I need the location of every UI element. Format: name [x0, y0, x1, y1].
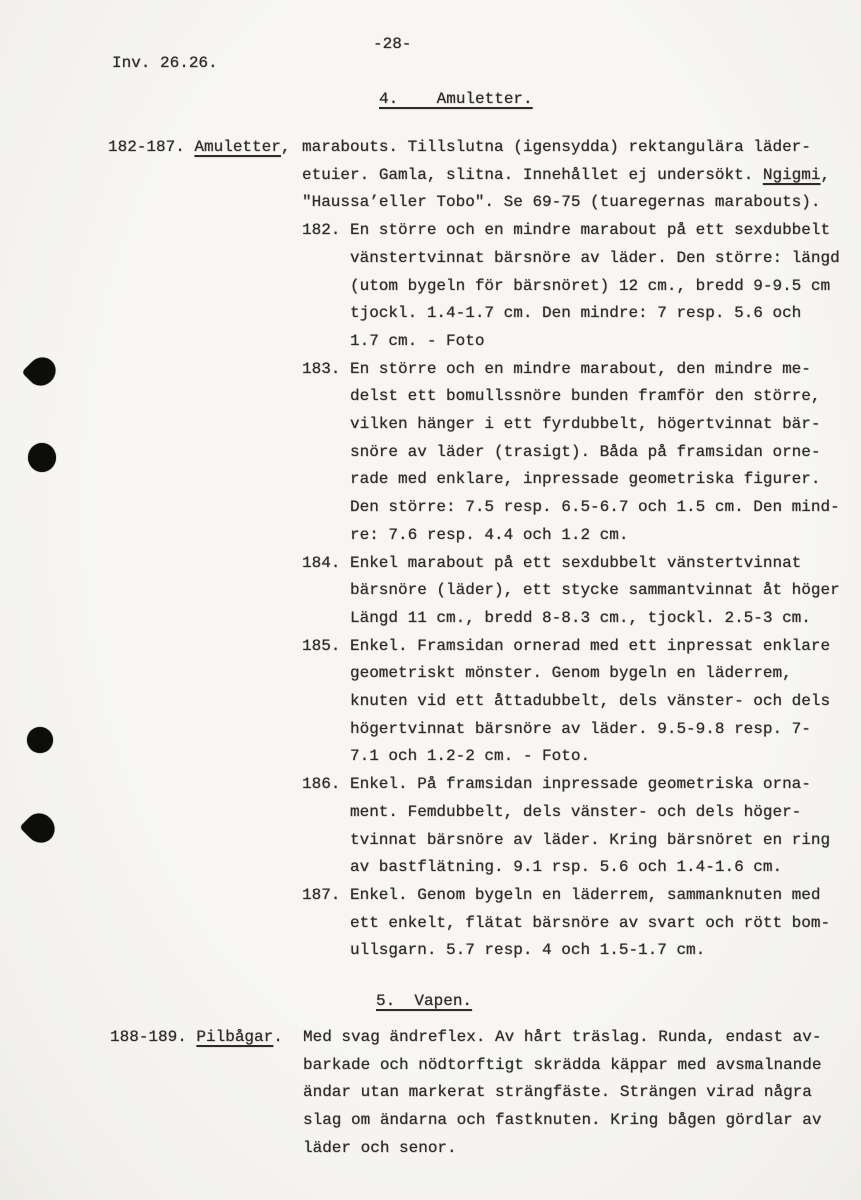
entry-line: barkade och nödtorftigt skrädda käppar m…	[303, 1052, 851, 1080]
entry-label-amuletter: 182-187. Amuletter,	[108, 134, 290, 162]
item-line: 1.7 cm. - Foto	[350, 328, 850, 356]
entry-line: slag om ändarna och fastknuten. Kring bå…	[303, 1107, 851, 1135]
item-line: bärsnöre (läder), ett stycke sammantvinn…	[350, 577, 850, 605]
item-line: re: 7.6 resp. 4.4 och 1.2 cm.	[350, 522, 850, 550]
item-line: tjockl. 1.4-1.7 cm. Den mindre: 7 resp. …	[350, 300, 850, 328]
catalog-text-vapen: Med svag ändreflex. Av hårt träslag. Run…	[303, 1024, 851, 1163]
item-line: Enkel. Genom bygeln en läderrem, sammank…	[350, 882, 850, 910]
item-line: av bastflätning. 9.1 rsp. 5.6 och 1.4-1.…	[350, 854, 850, 882]
punch-hole	[19, 807, 60, 848]
catalog-item: 182.En större och en mindre marabout på …	[302, 217, 850, 356]
item-line: Enkel marabout på ett sexdubbelt vänster…	[350, 550, 850, 578]
item-line: En större och en mindre marabout, den mi…	[350, 356, 850, 384]
section-heading-vapen: 5. Vapen.	[376, 988, 472, 1016]
item-line: snöre av läder (trasigt). Båda på framsi…	[350, 439, 850, 467]
item-line: ullsgarn. 5.7 resp. 4 och 1.5-1.7 cm.	[350, 937, 850, 965]
item-line: vilken hänger i ett fyrdubbelt, högertvi…	[350, 411, 850, 439]
item-number: 186.	[302, 771, 340, 799]
inventory-label: Inv. 26.26.	[112, 50, 218, 78]
punch-hole	[22, 352, 62, 392]
entry-ref: 182-187.	[108, 138, 185, 156]
intro-line: etuier. Gamla, slitna. Innehållet ej und…	[302, 162, 850, 190]
item-line: Enkel. På framsidan inpressade geometris…	[350, 771, 850, 799]
catalog-item: 185.Enkel. Framsidan ornerad med ett inp…	[302, 633, 850, 772]
entry-label-pilbagar: 188-189. Pilbågar.	[110, 1024, 283, 1052]
item-line: ett enkelt, flätat bärsnöre av svart och…	[350, 910, 850, 938]
item-line: vänstertvinnat bärsnöre av läder. Den st…	[350, 245, 850, 273]
catalog-item: 187.Enkel. Genom bygeln en läderrem, sam…	[302, 882, 850, 965]
intro-line: marabouts. Tillslutna (igensydda) rektan…	[302, 134, 850, 162]
item-line: En större och en mindre marabout på ett …	[350, 217, 850, 245]
catalog-item: 183.En större och en mindre marabout, de…	[302, 356, 850, 550]
item-line: Den större: 7.5 resp. 6.5-6.7 och 1.5 cm…	[350, 494, 850, 522]
item-line: knuten vid ett åttadubbelt, dels vänster…	[350, 688, 850, 716]
item-line: Enkel. Framsidan ornerad med ett inpress…	[350, 633, 850, 661]
entry-line: läder och senor.	[303, 1135, 851, 1163]
entry-line: ändar utan markerat strängfäste. Stränge…	[303, 1079, 851, 1107]
item-line: rade med enklare, inpressade geometriska…	[350, 466, 850, 494]
section-heading-amuletter: 4. Amuletter.	[379, 86, 533, 114]
intro-line-text: ,	[820, 166, 830, 184]
punch-hole	[28, 443, 56, 472]
spacer	[185, 138, 195, 156]
item-line: geometriskt mönster. Genom bygeln en läd…	[350, 660, 850, 688]
entry-word: Pilbågar	[196, 1028, 273, 1046]
entry-line: Med svag ändreflex. Av hårt träslag. Run…	[303, 1024, 851, 1052]
entry-word: Amuletter	[194, 138, 280, 156]
catalog-item: 184.Enkel marabout på ett sexdubbelt vän…	[302, 550, 850, 633]
item-line: delst ett bomullssnöre bunden framför de…	[350, 383, 850, 411]
reference-name: Ngigmi	[763, 166, 821, 184]
catalog-text-amuletter: marabouts. Tillslutna (igensydda) rektan…	[302, 134, 850, 965]
catalog-items: 182.En större och en mindre marabout på …	[302, 217, 850, 965]
entry-suffix: ,	[281, 138, 291, 156]
punch-hole	[27, 727, 53, 753]
intro-line-text: etuier. Gamla, slitna. Innehållet ej und…	[302, 166, 763, 184]
entry-ref: 188-189.	[110, 1028, 187, 1046]
item-number: 187.	[302, 882, 340, 910]
entry-suffix: .	[273, 1028, 283, 1046]
item-line: 7.1 och 1.2-2 cm. - Foto.	[350, 743, 850, 771]
item-line: Längd 11 cm., bredd 8-8.3 cm., tjockl. 2…	[350, 605, 850, 633]
item-number: 183.	[302, 356, 340, 384]
item-line: högertvinnat bärsnöre av läder. 9.5-9.8 …	[350, 716, 850, 744]
item-line: ment. Femdubbelt, dels vänster- och dels…	[350, 799, 850, 827]
scanned-document-page: -28- Inv. 26.26. 4. Amuletter. 182-187. …	[0, 0, 861, 1200]
spacer	[187, 1028, 197, 1046]
item-number: 182.	[302, 217, 340, 245]
item-line: tvinnat bärsnöre av läder. Kring bärsnör…	[350, 827, 850, 855]
intro-line: "Haussa’eller Tobo". Se 69-75 (tuaregern…	[302, 189, 850, 217]
item-number: 184.	[302, 550, 340, 578]
item-line: (utom bygeln för bärsnöret) 12 cm., bred…	[350, 273, 850, 301]
catalog-item: 186.Enkel. På framsidan inpressade geome…	[302, 771, 850, 882]
item-number: 185.	[302, 633, 340, 661]
page-number: -28-	[373, 31, 411, 59]
